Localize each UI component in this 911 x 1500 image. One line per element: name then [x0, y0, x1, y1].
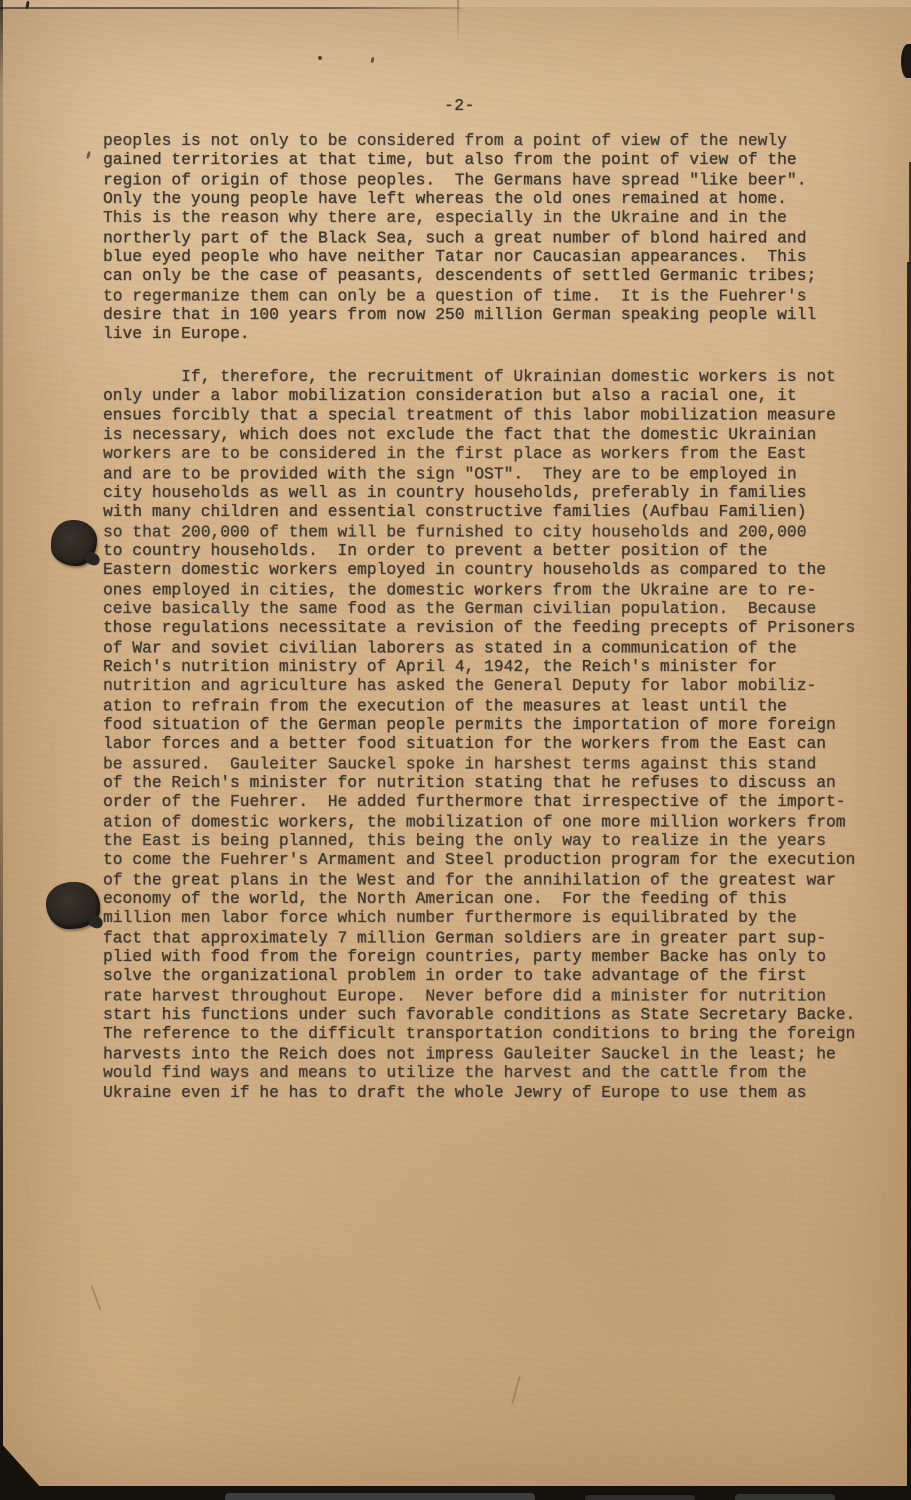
paragraph: peoples is not only to be considered fro…: [103, 131, 865, 344]
text-line: to come the Fuehrer's Armament and Steel…: [103, 850, 865, 869]
stray-mark: [318, 56, 322, 60]
text-line: to country households. In order to preve…: [103, 541, 865, 560]
scan-edge-right: [907, 262, 911, 1487]
text-line: those regulations necessitate a revision…: [103, 618, 865, 637]
text-line: is necessary, which does not exclude the…: [103, 425, 865, 444]
text-line: would find ways and means to utilize the…: [103, 1063, 865, 1082]
text-line: This is the reason why there are, especi…: [103, 208, 865, 227]
text-line: Only the young people have left whereas …: [103, 189, 865, 208]
fold-crease: [457, 0, 459, 46]
crease-mark: [91, 1285, 102, 1310]
text-line: live in Europe.: [103, 324, 865, 343]
text-line: can only be the case of peasants, descen…: [103, 266, 865, 285]
text-line: harvests into the Reich does not impress…: [103, 1044, 865, 1063]
text-line: The reference to the difficult transport…: [103, 1024, 865, 1043]
text-line: start his functions under such favorable…: [103, 1005, 865, 1024]
text-line: order of the Fuehrer. He added furthermo…: [103, 792, 865, 811]
text-line: fact that approximately 7 million German…: [103, 928, 865, 947]
text-line: ation of domestic workers, the mobilizat…: [103, 812, 865, 831]
document-body: peoples is not only to be considered fro…: [103, 131, 865, 1102]
scan-edge-blob: [901, 44, 911, 78]
text-line: of War and soviet civilian laborers as s…: [103, 638, 865, 657]
text-line: of the great plans in the West and for t…: [103, 870, 865, 889]
text-line: Eastern domestic workers employed in cou…: [103, 560, 865, 579]
text-line: solve the organizational problem in orde…: [103, 966, 865, 985]
text-line: so that 200,000 of them will be furnishe…: [103, 522, 865, 541]
hole-punch-top: [51, 520, 97, 566]
text-line: million men labor force which number fur…: [103, 908, 865, 927]
stray-mark: [370, 57, 374, 64]
text-line: only under a labor mobilization consider…: [103, 386, 865, 405]
paragraph: If, therefore, the recruitment of Ukrain…: [103, 367, 865, 1102]
text-line: region of origin of those peoples. The G…: [103, 170, 865, 189]
text-line: blue eyed people who have neither Tatar …: [103, 247, 865, 266]
paper-top-edge-strip: [0, 0, 911, 7]
text-line: Ukraine even if he has to draft the whol…: [103, 1083, 865, 1102]
text-line: ensues forcibly that a special treatment…: [103, 406, 865, 425]
text-line: If, therefore, the recruitment of Ukrain…: [103, 367, 865, 386]
text-line: plied with food from the foreign countri…: [103, 947, 865, 966]
text-line: peoples is not only to be considered fro…: [103, 131, 865, 150]
text-line: ceive basically the same food as the Ger…: [103, 599, 865, 618]
underlying-page-edge: [585, 1495, 695, 1500]
text-line: food situation of the German people perm…: [103, 715, 865, 734]
text-line: nutrition and agriculture has asked the …: [103, 676, 865, 695]
scan-edge-bottom: [0, 1486, 911, 1500]
text-line: labor forces and a better food situation…: [103, 734, 865, 753]
underlying-page-edge: [225, 1493, 535, 1500]
text-line: Reich's nutrition ministry of April 4, 1…: [103, 657, 865, 676]
text-line: ation to refrain from the execution of t…: [103, 696, 865, 715]
text-line: economy of the world, the North American…: [103, 889, 865, 908]
paper-top-seam: [0, 7, 462, 9]
text-line: the East is being planned, this being th…: [103, 831, 865, 850]
paper-sheet: -2- peoples is not only to be considered…: [0, 0, 911, 1500]
text-line: with many children and essential constru…: [103, 502, 865, 521]
hole-punch-bottom: [46, 882, 100, 929]
text-line: to regermanize them can only be a questi…: [103, 286, 865, 305]
text-line: be assured. Gauleiter Sauckel spoke in h…: [103, 754, 865, 773]
scanned-page: -2- peoples is not only to be considered…: [0, 0, 911, 1500]
text-line: gained territories at that time, but als…: [103, 150, 865, 169]
text-line: workers are to be considered in the firs…: [103, 444, 865, 463]
text-line: rate harvest throughout Europe. Never be…: [103, 986, 865, 1005]
text-line: of the Reich's minister for nutrition st…: [103, 773, 865, 792]
text-line: ones employed in cities, the domestic wo…: [103, 580, 865, 599]
stray-mark: [86, 151, 91, 160]
text-line: city households as well as in country ho…: [103, 483, 865, 502]
underlying-page-edge: [735, 1494, 835, 1500]
text-line: and are to be provided with the sign "OS…: [103, 464, 865, 483]
text-line: northerly part of the Black Sea, such a …: [103, 228, 865, 247]
crease-mark: [511, 1375, 521, 1404]
scan-edge-left: [0, 0, 3, 1500]
text-line: desire that in 100 years from now 250 mi…: [103, 305, 865, 324]
page-number: -2-: [444, 96, 475, 115]
